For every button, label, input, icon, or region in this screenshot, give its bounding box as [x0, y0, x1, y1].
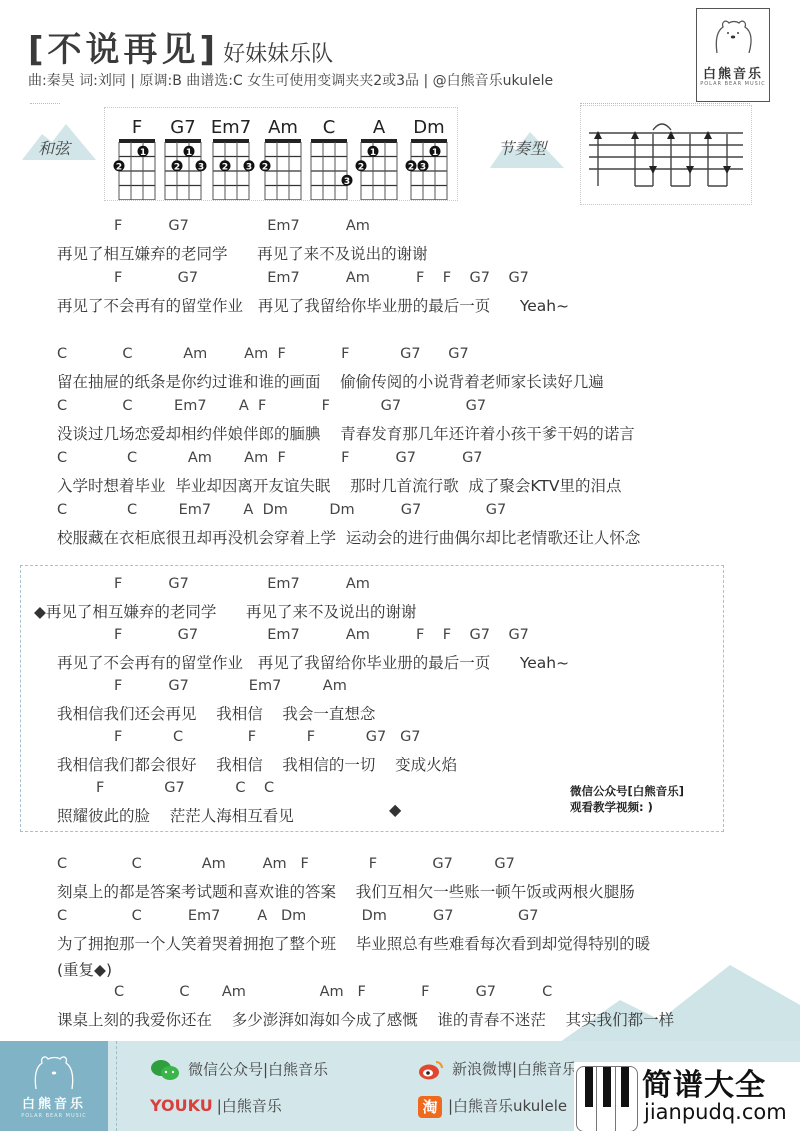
watermark-title: 简谱大全: [642, 1060, 766, 1104]
rhythm-label-text: 节奏型: [498, 136, 546, 159]
lyric-line: 再见了不会再有的留堂作业 再见了我留给你毕业册的最后一页 Yeah~: [57, 651, 569, 673]
divider: [580, 103, 750, 104]
brand-logo: 白熊音乐 POLAR BEAR MUSIC: [696, 8, 770, 102]
taobao-text: |白熊音乐ukulele: [448, 1097, 567, 1115]
svg-text:1: 1: [186, 148, 192, 158]
chord-diagram-am: Am2: [260, 117, 302, 200]
taobao-icon: 淘: [418, 1096, 442, 1118]
svg-text:Dm: Dm: [413, 117, 444, 138]
divider: [30, 103, 60, 104]
rhythm-label: 节奏型: [490, 128, 564, 168]
chords-label-text: 和弦: [38, 136, 70, 159]
chord-line: F G7 Em7 Am: [114, 218, 370, 234]
svg-text:2: 2: [358, 162, 364, 172]
svg-text:2: 2: [408, 162, 414, 172]
tutorial-note-line2: 观看教学视频: ): [570, 799, 684, 815]
taobao-link[interactable]: 淘|白熊音乐ukulele: [418, 1095, 567, 1118]
footer-divider: [116, 1041, 117, 1131]
svg-text:3: 3: [420, 162, 426, 172]
svg-text:3: 3: [344, 177, 350, 187]
lyric-line: 刻桌上的都是答案考试题和喜欢谁的答案 我们互相欠一些账一顿午饭或两根火腿肠: [57, 880, 635, 902]
song-meta: 曲:秦昊 词:刘同 | 原调:B 曲谱选:C 女生可使用变调夹夹2或3品 | @…: [28, 70, 553, 90]
svg-text:3: 3: [246, 162, 252, 172]
song-title-row: [不说再见]好妹妹乐队: [28, 22, 333, 71]
song-title: [不说再见]: [28, 30, 219, 70]
strum-pattern-diagram: [581, 106, 751, 204]
chord-line: C C Am Am F F G7 G7: [57, 450, 483, 466]
chord-diagrams: F12G7123Em723Am2C3A12Dm123: [104, 107, 458, 201]
footer-logo-text: 白熊音乐: [0, 1093, 108, 1112]
tutorial-note: 微信公众号[白熊音乐] 观看教学视频: ): [570, 783, 684, 815]
wechat-link[interactable]: 微信公众号|白熊音乐: [150, 1058, 328, 1082]
lyric-line: 照耀彼此的脸 茫茫人海相互看见: [57, 804, 294, 826]
chord-line: C C Em7 A Dm Dm G7 G7: [57, 908, 538, 924]
chords-label: 和弦: [22, 120, 96, 160]
svg-text:A: A: [373, 117, 386, 138]
chord-diagram-f: F12: [114, 117, 156, 200]
svg-text:Am: Am: [268, 117, 298, 138]
chord-line: C C Am Am F F G7 G7: [57, 346, 469, 362]
lyric-line: 校服藏在衣柜底很丑却再没机会穿着上学 运动会的进行曲偶尔却比老情歌还让人怀念: [57, 526, 640, 548]
chord-diagram-grid: F12G7123Em723Am2C3A12Dm123: [105, 108, 457, 200]
youku-text: |白熊音乐: [217, 1097, 282, 1115]
polar-bear-icon: [0, 1041, 108, 1093]
chord-diagram-g7: G7123: [165, 117, 207, 200]
svg-text:G7: G7: [170, 117, 195, 138]
chord-diagram-em7: Em723: [211, 117, 255, 200]
chord-line: F G7 Em7 Am F F G7 G7: [114, 270, 529, 286]
wechat-text: 微信公众号|白熊音乐: [188, 1061, 328, 1079]
chord-line: F C F F G7 G7: [114, 729, 421, 745]
lyric-line: 我相信我们还会再见 我相信 我会一直想念: [57, 702, 375, 724]
svg-text:2: 2: [222, 162, 228, 172]
youku-logo: YOUKU: [150, 1096, 213, 1115]
svg-text:3: 3: [198, 162, 204, 172]
lyric-line: 再见了相互嫌弃的老同学 再见了来不及说出的谢谢: [57, 242, 428, 264]
logo-text: 白熊音乐: [697, 63, 769, 82]
tutorial-note-line1: 微信公众号[白熊音乐]: [570, 783, 684, 799]
svg-text:2: 2: [174, 162, 180, 172]
youku-link[interactable]: YOUKU|白熊音乐: [150, 1095, 282, 1116]
svg-text:Em7: Em7: [211, 117, 251, 138]
wechat-icon: [150, 1058, 180, 1082]
repeat-marker: (重复◆): [57, 958, 112, 980]
svg-text:2: 2: [116, 162, 122, 172]
chord-diagram-a: A12: [356, 117, 398, 200]
svg-text:1: 1: [140, 148, 146, 158]
lyric-line: 再见了不会再有的留堂作业 再见了我留给你毕业册的最后一页 Yeah~: [57, 294, 569, 316]
lyric-line: 课桌上刻的我爱你还在 多少澎湃如海如今成了感慨 谁的青春不迷茫 其实我们都一样: [57, 1008, 674, 1030]
svg-text:2: 2: [262, 162, 268, 172]
chord-line: C C Em7 A Dm Dm G7 G7: [57, 502, 506, 518]
repeat-end-marker: ◆: [389, 800, 401, 819]
lyric-line: 我相信我们都会很好 我相信 我相信的一切 变成火焰: [57, 753, 457, 775]
lyric-line: ◆再见了相互嫌弃的老同学 再见了来不及说出的谢谢: [34, 600, 416, 622]
svg-text:F: F: [132, 117, 142, 138]
chord-line: F G7 Em7 Am F F G7 G7: [114, 627, 529, 643]
weibo-icon: [418, 1059, 444, 1081]
svg-text:1: 1: [370, 148, 376, 158]
band-name: 好妹妹乐队: [223, 42, 333, 67]
polar-bear-icon: [697, 9, 769, 61]
lyric-line: 入学时想着毕业 毕业却因离开友谊失眠 那时几首流行歌 成了聚会KTV里的泪点: [57, 474, 621, 496]
lyric-line: 为了拥抱那一个人笑着哭着拥抱了整个班 毕业照总有些难看每次看到却觉得特别的暖: [57, 932, 650, 954]
watermark-url: jianpudq.com: [644, 1100, 787, 1124]
svg-text:C: C: [323, 117, 336, 138]
piano-icon: [576, 1066, 638, 1131]
chord-line: F G7 C C: [96, 780, 274, 796]
youku-brand: YOUKU: [150, 1096, 213, 1115]
site-watermark: 简谱大全 jianpudq.com: [574, 1062, 800, 1131]
svg-text:1: 1: [432, 148, 438, 158]
chord-line: F G7 Em7 Am: [114, 678, 347, 694]
footer-logo: 白熊音乐 POLAR BEAR MUSIC: [0, 1041, 108, 1131]
logo-subtext: POLAR BEAR MUSIC: [697, 81, 769, 87]
lyric-line: 留在抽屉的纸条是你约过谁和谁的画面 偷偷传阅的小说背着老师家长读好几遍: [57, 370, 604, 392]
chord-line: C C Em7 A F F G7 G7: [57, 398, 486, 414]
chord-diagram-dm: Dm123: [406, 117, 448, 200]
footer-logo-subtext: POLAR BEAR MUSIC: [0, 1113, 108, 1119]
lyric-line: 没谈过几场恋爱却相约伴娘伴郎的腼腆 青春发育那几年还许着小孩干爹干妈的诺言: [57, 422, 635, 444]
strum-pattern: [580, 105, 752, 205]
chord-line: C C Am Am F F G7 G7: [57, 856, 515, 872]
chord-line: C C Am Am F F G7 C: [114, 984, 552, 1000]
chord-diagram-c: C3: [311, 117, 353, 200]
chord-line: F G7 Em7 Am: [114, 576, 370, 592]
